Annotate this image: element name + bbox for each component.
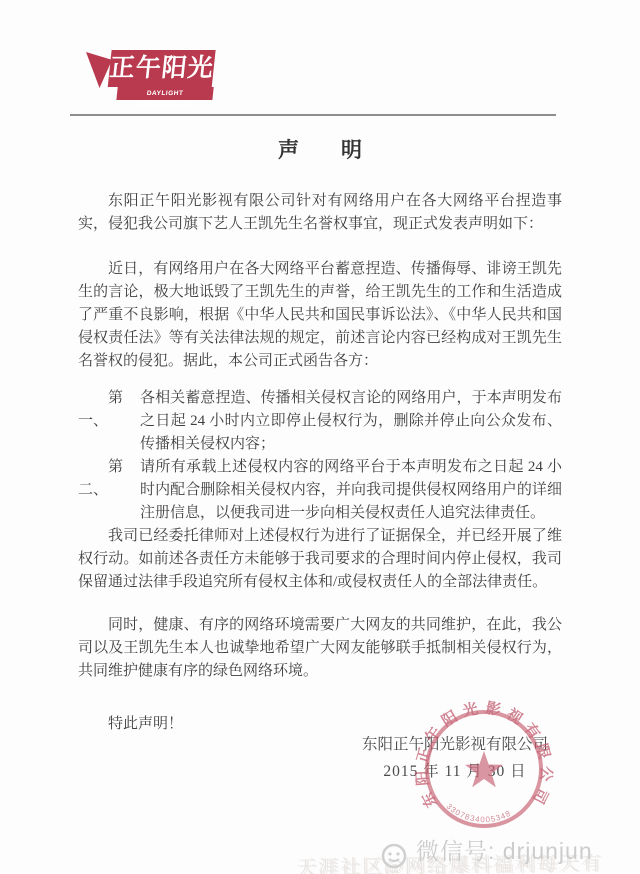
header-divider xyxy=(70,114,556,116)
logo-main: 正午阳光 DAYLIGHT ENTERTAINMENT xyxy=(106,50,217,100)
company-logo: 正午阳光 DAYLIGHT ENTERTAINMENT xyxy=(86,50,215,100)
svg-text:3307834005348: 3307834005348 xyxy=(445,802,513,825)
logo-chinese-name: 正午阳光 xyxy=(108,50,216,87)
wechat-id-watermark: 微信号: drjunjun xyxy=(416,833,593,866)
smiley-watermark-icon xyxy=(378,841,410,869)
demand-item-2-label: 第二、 xyxy=(78,456,140,525)
document-title: 声 明 xyxy=(0,134,640,164)
company-seal-stamp: 东阳正午阳光影视有限公司 3307834005348 xyxy=(404,689,564,849)
statement-document-page: 正午阳光 DAYLIGHT ENTERTAINMENT 声 明 东阳正午阳光影视… xyxy=(0,0,640,874)
logo-english-name: DAYLIGHT ENTERTAINMENT xyxy=(116,87,213,100)
demand-item-2: 第二、 请所有承载上述侵权内容的网络平台于本声明发布之日起 24 小时内配合删除… xyxy=(78,456,562,525)
legal-action-paragraph: 我司已经委托律师对上述侵权行为进行了证据保全，并已经开展了维权行动。如前述各责任… xyxy=(78,525,562,594)
document-body: 东阳正午阳光影视有限公司针对有网络用户在各大网络平台捏造事实，侵犯我公司旗下艺人… xyxy=(78,190,562,736)
intro-paragraph: 东阳正午阳光影视有限公司针对有网络用户在各大网络平台捏造事实，侵犯我公司旗下艺人… xyxy=(78,190,562,236)
seal-star-icon xyxy=(465,751,503,787)
demand-item-1: 第一、 各相关蓄意捏造、传播相关侵权言论的网络用户，于本声明发布之日起 24 小… xyxy=(78,387,562,456)
seal-serial-number: 3307834005348 xyxy=(445,802,513,825)
demand-item-1-label: 第一、 xyxy=(78,387,140,456)
demand-item-2-text: 请所有承载上述侵权内容的网络平台于本声明发布之日起 24 小时内配合删除相关侵权… xyxy=(140,456,562,525)
background-paragraph: 近日，有网络用户在各大网络平台蓄意捏造、传播侮辱、诽谤王凯先生的言论，极大地诋毁… xyxy=(78,258,562,373)
demand-item-1-text: 各相关蓄意捏造、传播相关侵权言论的网络用户，于本声明发布之日起 24 小时内立即… xyxy=(140,387,562,456)
appeal-paragraph: 同时，健康、有序的网络环境需要广大网友的共同维护，在此，我公司以及王凯先生本人也… xyxy=(78,614,562,683)
